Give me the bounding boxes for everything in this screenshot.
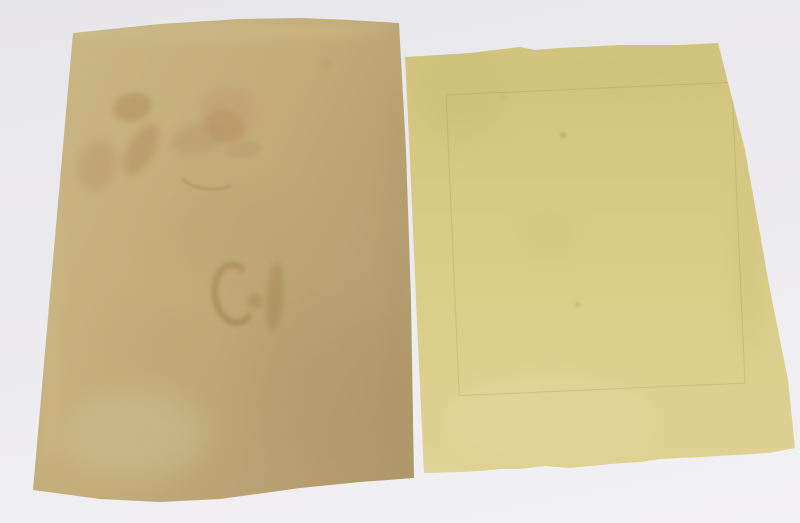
stain-mark xyxy=(73,137,121,196)
stain-mark xyxy=(560,132,566,138)
stain-mark xyxy=(273,398,383,478)
stain-mark xyxy=(735,161,765,361)
stain-mark xyxy=(430,45,760,105)
stain-mark xyxy=(60,390,210,480)
stain-mark xyxy=(39,138,59,468)
stain-mark xyxy=(500,95,505,99)
stain-mark xyxy=(116,119,165,181)
stain-mark xyxy=(110,300,200,380)
stain-mark xyxy=(247,293,263,309)
photo-scene xyxy=(0,0,800,523)
right-paper-stains xyxy=(405,41,796,474)
stain-mark xyxy=(53,21,393,43)
left-paper-stains xyxy=(33,18,414,503)
left-paper xyxy=(33,18,414,503)
stain-mark xyxy=(445,377,655,457)
stain-mark xyxy=(575,302,580,307)
stain-mark xyxy=(385,78,407,458)
right-paper xyxy=(405,41,796,474)
stain-mark xyxy=(110,88,155,125)
stain-mark xyxy=(160,180,290,280)
stain-mark xyxy=(520,210,580,260)
stain-mark xyxy=(320,60,330,68)
